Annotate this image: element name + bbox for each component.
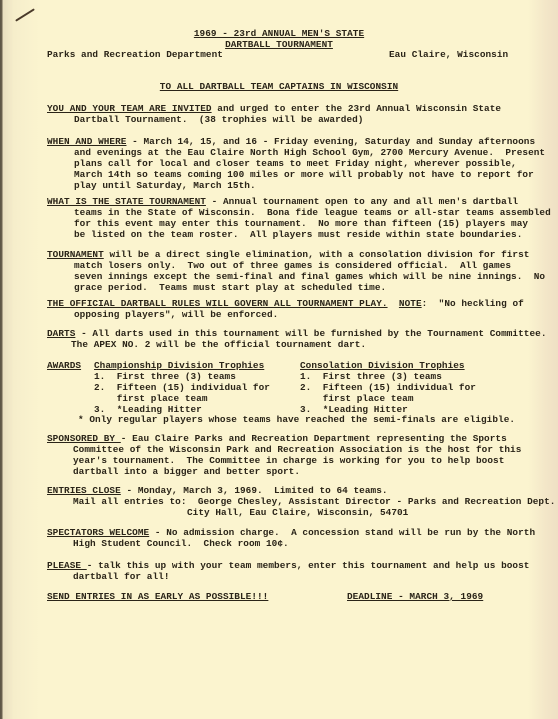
when-where-line-5: play until Saturday, March 15th.: [74, 180, 256, 191]
please-line-2: dartball for all!: [73, 571, 170, 582]
what-is-paragraph: WHAT IS THE STATE TOURNAMENT - Annual to…: [47, 196, 518, 207]
entries-close-paragraph: ENTRIES CLOSE - Monday, March 3, 1969. L…: [47, 485, 388, 496]
sponsored-line-3: year's tournament. The Committee in char…: [73, 455, 504, 466]
spectators-line-2: High Student Council. Check room 10¢.: [73, 538, 289, 549]
spectators-heading: SPECTATORS WELCOME: [47, 527, 149, 538]
note-label: NOTE: [399, 298, 422, 309]
championship-item-2-cont: first place team: [94, 393, 208, 404]
entries-close-line-2: Mail all entries to: George Chesley, Ass…: [73, 496, 555, 507]
consolation-item-2: 2. Fifteen (15) individual for: [300, 382, 476, 393]
please-line-1: - talk this up with your team members, e…: [87, 560, 530, 571]
salutation: TO ALL DARTBALL TEAM CAPTAINS IN WISCONS…: [0, 81, 558, 92]
tournament-line-1: will be a direct single elimination, wit…: [104, 249, 530, 260]
tournament-line-2: match losers only. Two out of three game…: [74, 260, 511, 271]
invited-paragraph: YOU AND YOUR TEAM ARE INVITED and urged …: [47, 103, 501, 114]
sponsored-line-4: dartball into a bigger and better sport.: [73, 466, 300, 477]
send-entries-note: SEND ENTRIES IN AS EARLY AS POSSIBLE!!!: [47, 591, 268, 602]
when-where-line-3: plans call for local and closer teams to…: [74, 158, 517, 169]
sponsored-line-1: - Eau Claire Parks and Recreation Depart…: [121, 433, 507, 444]
consolation-item-1: 1. First three (3) teams: [300, 371, 442, 382]
tournament-line-3: seven innings except the semi-final and …: [74, 271, 545, 282]
what-is-heading: WHAT IS THE STATE TOURNAMENT: [47, 196, 206, 207]
entries-close-line-3: City Hall, Eau Claire, Wisconsin, 54701: [187, 507, 408, 518]
awards-footnote: * Only regular players whose teams have …: [78, 414, 515, 425]
rules-line-1: : "No heckling of: [422, 298, 524, 309]
when-where-line-2: and evenings at the Eau Claire North Hig…: [74, 147, 545, 158]
when-where-line-4: March 14th so teams coming 100 miles or …: [74, 169, 534, 180]
entries-close-heading: ENTRIES CLOSE: [47, 485, 121, 496]
championship-item-2: 2. Fifteen (15) individual for: [94, 382, 270, 393]
consolation-title: Consolation Division Trophies: [300, 360, 465, 371]
sponsored-line-2: Committee of the Wisconsin Park and Recr…: [73, 444, 521, 455]
spectators-line-1: - No admission charge. A concession stan…: [149, 527, 535, 538]
what-is-line-3: for this event may enter this tournament…: [74, 218, 528, 229]
darts-heading: DARTS: [47, 328, 75, 339]
tournament-paragraph: TOURNAMENT will be a direct single elimi…: [47, 249, 529, 260]
consolation-item-2-cont: first place team: [300, 393, 414, 404]
championship-title: Championship Division Trophies: [94, 360, 264, 371]
darts-line-1: - All darts used in this tournament will…: [75, 328, 546, 339]
please-paragraph: PLEASE - talk this up with your team mem…: [47, 560, 529, 571]
what-is-line-4: be listed on the team roster. All player…: [74, 229, 522, 240]
invited-line-2: Dartball Tournament. (38 trophies will b…: [74, 114, 363, 125]
invited-line-1: and urged to enter the 23rd Annual Wisco…: [212, 103, 501, 114]
org-right: Eau Claire, Wisconsin: [389, 49, 508, 60]
what-is-line-1: - Annual tournament open to any and all …: [206, 196, 518, 207]
please-heading: PLEASE: [47, 560, 87, 571]
invited-heading: YOU AND YOUR TEAM ARE INVITED: [47, 103, 212, 114]
when-where-heading: WHEN AND WHERE: [47, 136, 126, 147]
when-where-paragraph: WHEN AND WHERE - March 14, 15, and 16 - …: [47, 136, 535, 147]
spectators-paragraph: SPECTATORS WELCOME - No admission charge…: [47, 527, 535, 538]
awards-heading: AWARDS: [47, 360, 81, 371]
rules-paragraph: THE OFFICIAL DARTBALL RULES WILL GOVERN …: [47, 298, 524, 309]
deadline-note: DEADLINE - MARCH 3, 1969: [347, 591, 483, 602]
when-where-line-1: - March 14, 15, and 16 - Friday evening,…: [126, 136, 535, 147]
rules-heading: THE OFFICIAL DARTBALL RULES WILL GOVERN …: [47, 298, 388, 309]
darts-paragraph: DARTS - All darts used in this tournamen…: [47, 328, 547, 339]
what-is-line-2: teams in the State of Wisconsin. Bona fi…: [74, 207, 551, 218]
tournament-line-4: grace period. Teams must start play at s…: [74, 282, 386, 293]
sponsored-paragraph: SPONSORED BY - Eau Claire Parks and Recr…: [47, 433, 507, 444]
darts-line-2: The APEX NO. 2 will be the official tour…: [71, 339, 366, 350]
championship-item-1: 1. First three (3) teams: [94, 371, 236, 382]
entries-close-line-1: - Monday, March 3, 1969. Limited to 64 t…: [121, 485, 388, 496]
rules-line-2: opposing players", will be enforced.: [74, 309, 278, 320]
sponsored-heading: SPONSORED BY: [47, 433, 121, 444]
tournament-heading: TOURNAMENT: [47, 249, 104, 260]
org-left: Parks and Recreation Department: [47, 49, 223, 60]
title-line-1: 1969 - 23rd ANNUAL MEN'S STATE: [0, 28, 558, 39]
